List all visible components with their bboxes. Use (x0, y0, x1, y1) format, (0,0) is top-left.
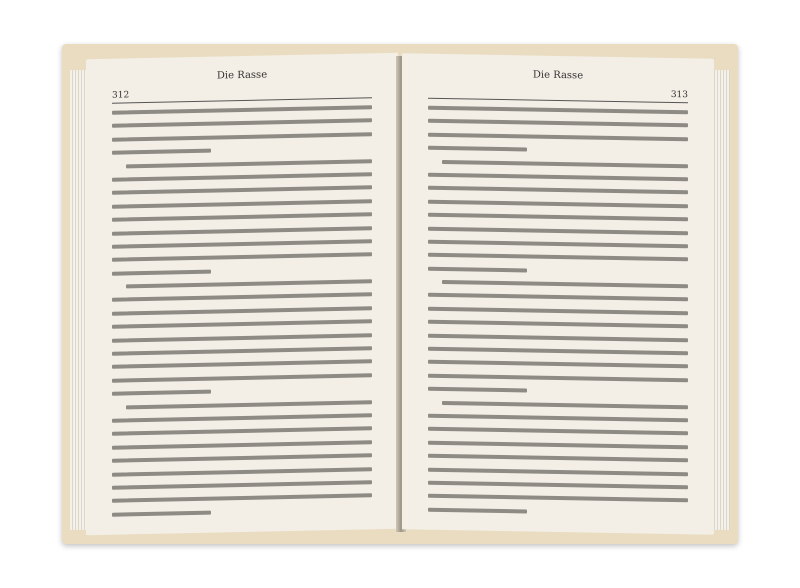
text-line-placeholder (428, 253, 688, 262)
text-line-placeholder (428, 427, 688, 436)
text-line-placeholder (428, 494, 688, 503)
text-line-placeholder (428, 440, 688, 449)
text-line-placeholder (112, 494, 372, 503)
text-line-placeholder (428, 226, 688, 235)
text-line-placeholder (428, 133, 688, 142)
text-line-placeholder (428, 467, 688, 476)
text-line-placeholder (442, 401, 688, 409)
text-line-placeholder (428, 320, 688, 329)
text-line-placeholder (428, 119, 688, 128)
text-line-placeholder (112, 119, 372, 128)
text-line-placeholder (428, 374, 688, 383)
text-line-placeholder (112, 293, 372, 302)
text-line-placeholder (428, 307, 688, 316)
text-line-placeholder (112, 132, 372, 141)
left-page-header: 312 Die Rasse (112, 77, 372, 103)
text-line-placeholder (428, 360, 688, 369)
text-line-placeholder (126, 279, 372, 288)
text-line-placeholder (126, 159, 372, 168)
text-line-placeholder (112, 239, 372, 248)
left-running-title: Die Rasse (112, 67, 372, 83)
right-page-header: Die Rasse 313 (428, 78, 688, 104)
text-line-placeholder (112, 510, 211, 516)
text-line-placeholder (112, 269, 211, 275)
text-line-placeholder (428, 186, 688, 195)
text-line-placeholder (112, 346, 372, 355)
text-line-placeholder (428, 414, 688, 423)
text-line-placeholder (428, 266, 527, 272)
text-line-placeholder (428, 106, 688, 115)
text-line-placeholder (442, 160, 688, 168)
text-line-placeholder (112, 333, 372, 342)
text-line-placeholder (428, 347, 688, 356)
text-line-placeholder (428, 146, 527, 152)
text-line-placeholder (112, 320, 372, 329)
text-line-placeholder (126, 400, 372, 409)
text-line-placeholder (112, 226, 372, 235)
text-line-placeholder (112, 373, 372, 382)
text-line-placeholder (112, 427, 372, 436)
right-body-text-placeholder (428, 106, 688, 521)
text-line-placeholder (112, 306, 372, 315)
right-page: Die Rasse 313 (402, 53, 714, 534)
text-line-placeholder (428, 454, 688, 463)
text-line-placeholder (112, 105, 372, 114)
text-line-placeholder (428, 199, 688, 208)
text-line-placeholder (112, 440, 372, 449)
left-page-number: 312 (112, 90, 129, 100)
text-line-placeholder (112, 390, 211, 396)
right-running-title: Die Rasse (428, 68, 688, 84)
right-page-number: 313 (671, 90, 688, 100)
open-book: 312 Die Rasse Die Rasse 313 (62, 44, 738, 544)
text-line-placeholder (112, 453, 372, 462)
text-line-placeholder (112, 199, 372, 208)
text-line-placeholder (112, 480, 372, 489)
text-line-placeholder (428, 293, 688, 302)
left-body-text-placeholder (112, 105, 372, 520)
text-line-placeholder (112, 467, 372, 476)
text-line-placeholder (112, 186, 372, 195)
left-page: 312 Die Rasse (86, 53, 398, 536)
text-line-placeholder (112, 413, 372, 422)
text-line-placeholder (112, 212, 372, 221)
text-line-placeholder (428, 333, 688, 342)
text-line-placeholder (112, 149, 211, 155)
text-line-placeholder (112, 360, 372, 369)
text-line-placeholder (428, 481, 688, 490)
text-line-placeholder (428, 240, 688, 249)
text-line-placeholder (428, 213, 688, 222)
text-line-placeholder (112, 253, 372, 262)
text-line-placeholder (442, 280, 688, 288)
text-line-placeholder (112, 172, 372, 181)
text-line-placeholder (428, 507, 527, 513)
text-line-placeholder (428, 173, 688, 182)
text-line-placeholder (428, 387, 527, 393)
